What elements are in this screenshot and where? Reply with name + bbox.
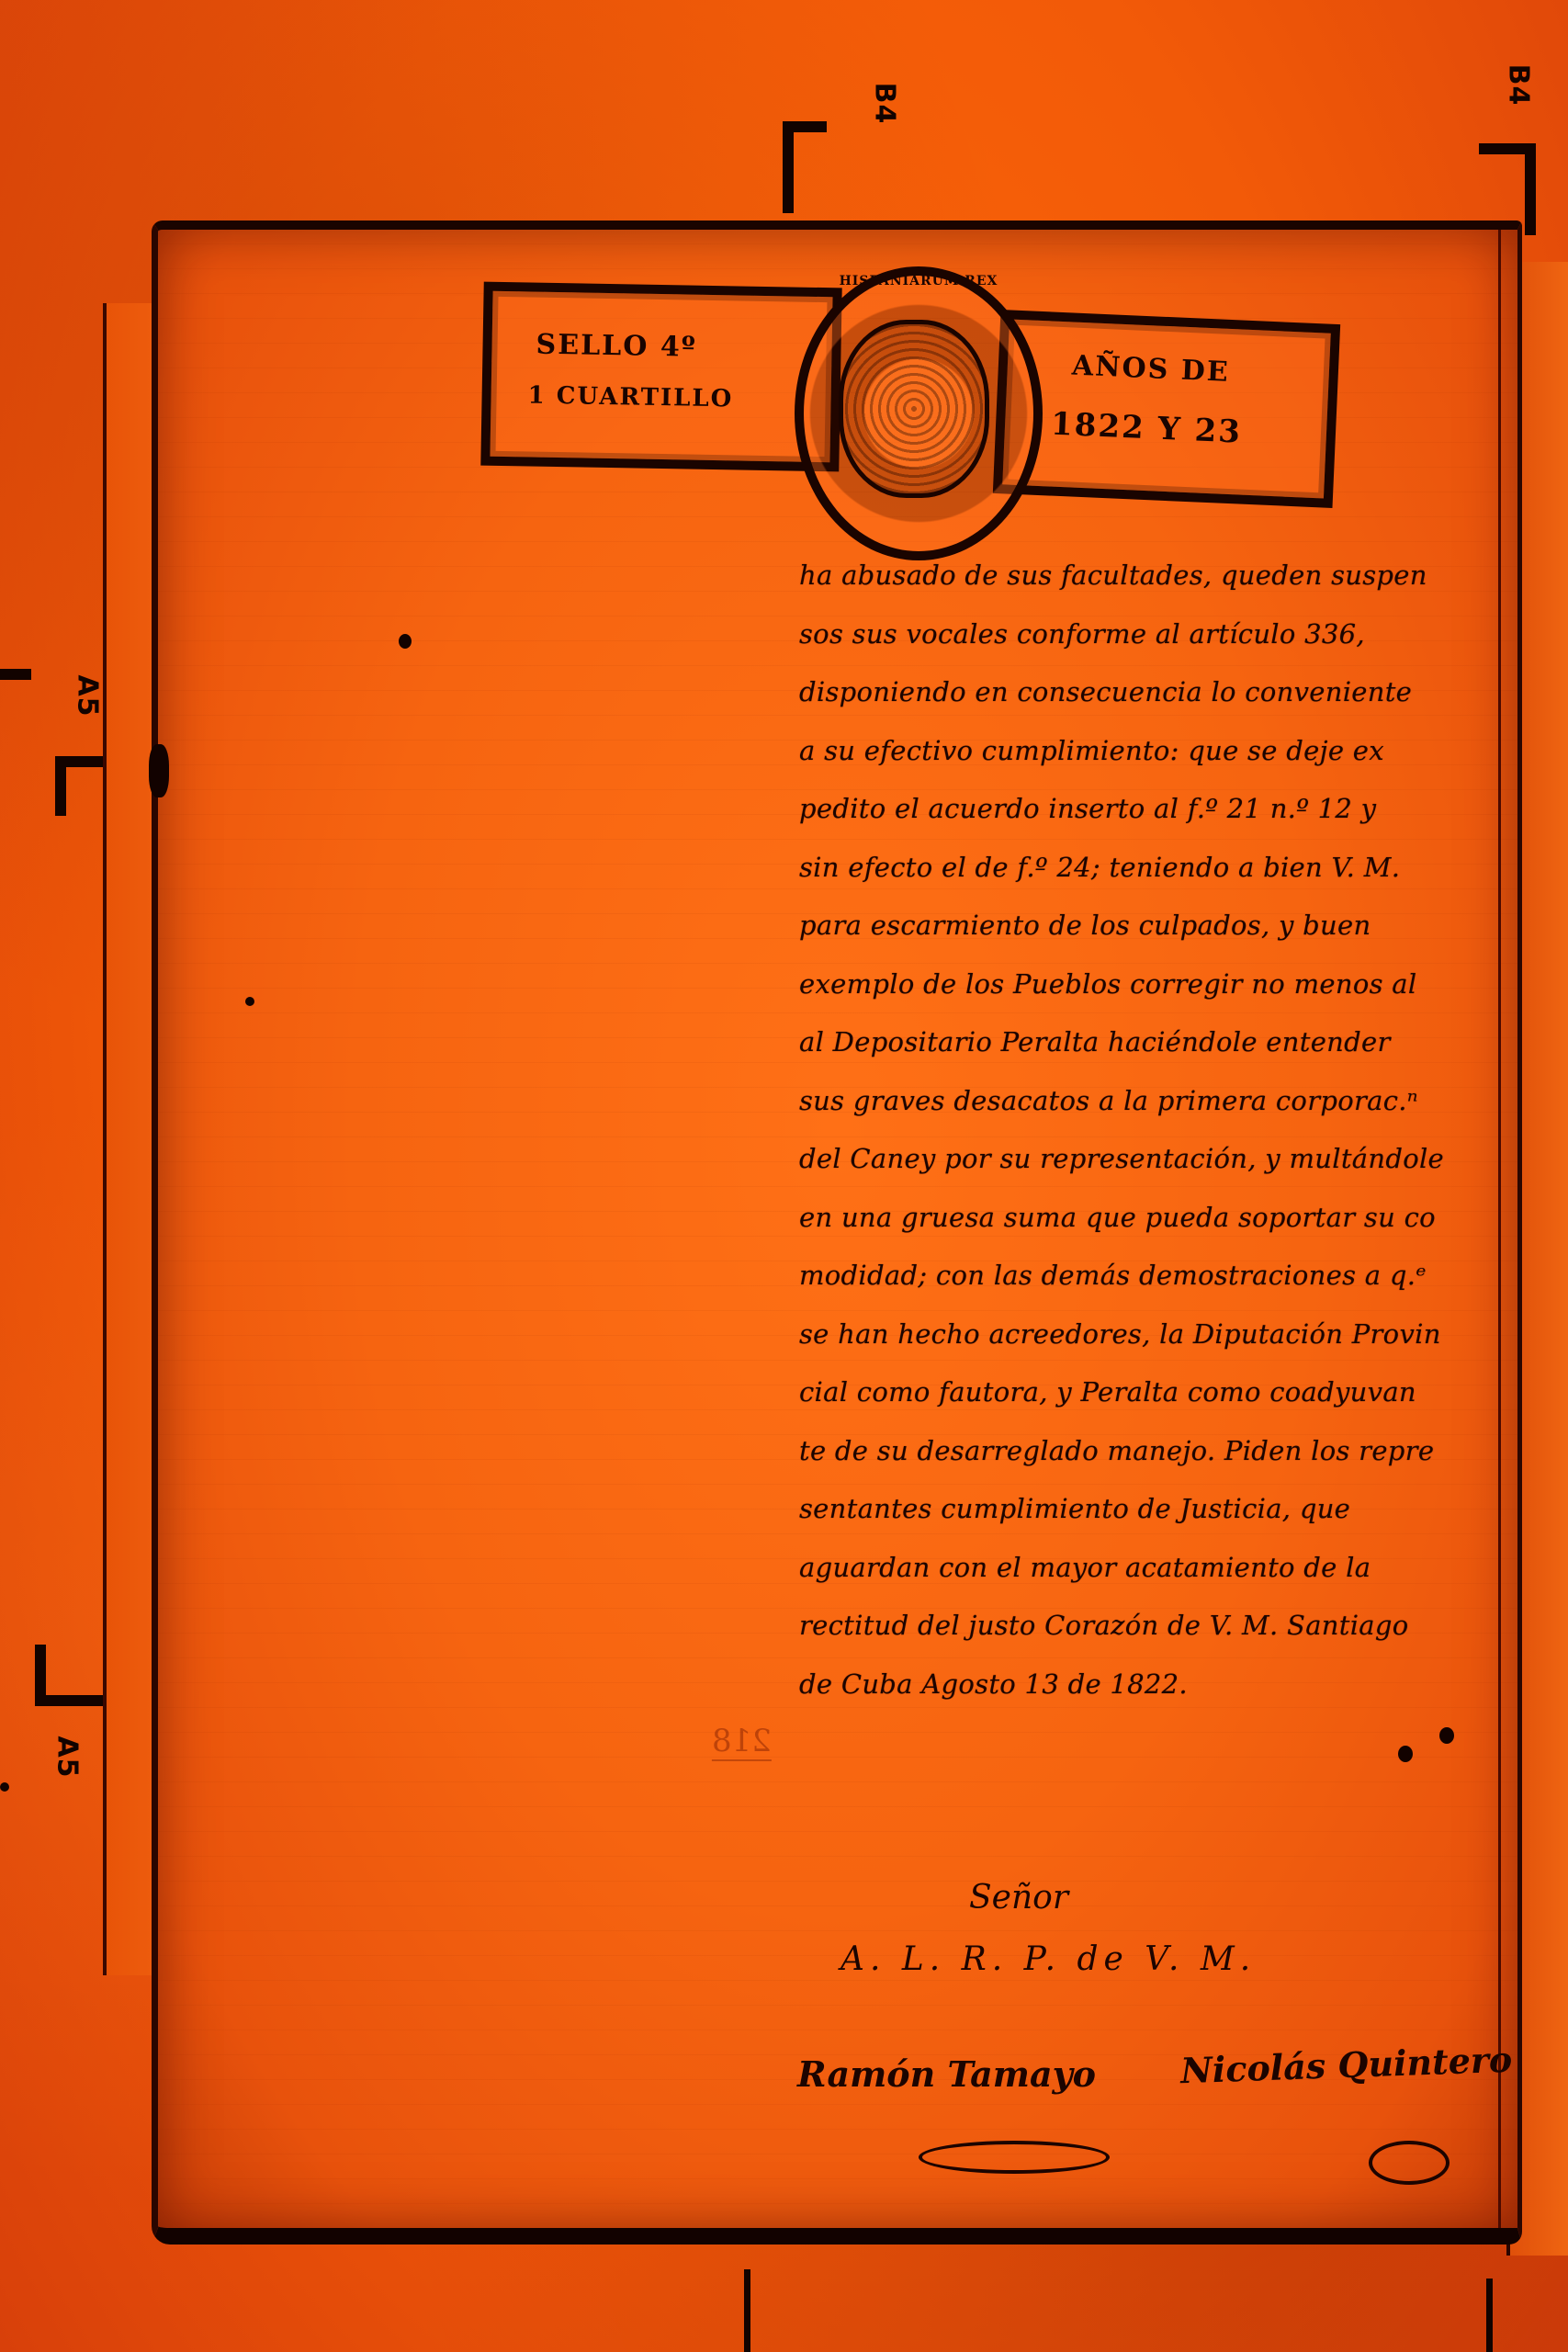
manuscript-body: ha abusado de sus facultades, queden sus… (799, 547, 1497, 1713)
manuscript-line: a su efectivo cumplimiento: que se deje … (799, 722, 1497, 781)
manuscript-line: se han hecho acreedores, la Diputación P… (799, 1306, 1497, 1364)
ink-spot (399, 634, 412, 649)
manuscript-line: en una gruesa suma que pueda soportar su… (799, 1189, 1497, 1248)
stamp-left-panel: SELLO 4º 1 CUARTILLO (480, 282, 841, 472)
stamped-paper-seal: SELLO 4º 1 CUARTILLO AÑOS DE 1822 Y 23 H… (482, 276, 1346, 496)
signature-ramon-tamayo: Ramón Tamayo (797, 2053, 1096, 2095)
ink-spot (245, 997, 254, 1006)
stamp-years-text: 1822 Y 23 (1050, 406, 1242, 451)
coat-of-arms-icon (839, 320, 989, 498)
crop-label-b4-left: B4 (868, 83, 900, 125)
manuscript-line: sos sus vocales conforme al artículo 336… (799, 605, 1497, 664)
seal-legend: HISPANIARUM REX (804, 274, 1033, 288)
ink-spot (1439, 1727, 1454, 1744)
manuscript-line: cial como fautora, y Peralta como coadyu… (799, 1363, 1497, 1422)
manuscript-line: sus graves desacatos a la primera corpor… (799, 1072, 1497, 1131)
ink-spot (1398, 1746, 1413, 1762)
crop-label-b4-right: B4 (1502, 64, 1534, 107)
ink-blot (149, 744, 169, 797)
manuscript-line: sin efecto el de f.º 24; teniendo a bien… (799, 839, 1497, 898)
manuscript-line: sentantes cumplimiento de Justicia, que (799, 1480, 1497, 1539)
manuscript-line: modidad; con las demás demostraciones a … (799, 1247, 1497, 1306)
manuscript-line: te de su desarreglado manejo. Piden los … (799, 1422, 1497, 1481)
page-fold-line (1498, 230, 1501, 2228)
manuscript-line: de Cuba Agosto 13 de 1822. (799, 1656, 1497, 1714)
manuscript-line: ha abusado de sus facultades, queden sus… (799, 547, 1497, 605)
manuscript-line: aguardan con el mayor acatamiento de la (799, 1539, 1497, 1598)
manuscript-line: al Depositario Peralta haciéndole entend… (799, 1013, 1497, 1072)
stamp-anos-text: AÑOS DE (1071, 349, 1230, 388)
manuscript-line: disponiendo en consecuencia lo convenien… (799, 663, 1497, 722)
closing-formula: A. L. R. P. de V. M. (840, 1940, 1256, 1978)
stamp-right-panel: AÑOS DE 1822 Y 23 (993, 310, 1340, 508)
signature-flourish (1369, 2141, 1450, 2185)
salutation: Señor (969, 1879, 1068, 1917)
signature-flourish (919, 2141, 1110, 2174)
bleed-through-folio-number: 218 (712, 1723, 772, 1761)
crop-label-a5-lower: A5 (51, 1736, 84, 1778)
manuscript-line: exemplo de los Pueblos corregir no menos… (799, 955, 1497, 1014)
manuscript-line: rectitud del justo Corazón de V. M. Sant… (799, 1597, 1497, 1656)
crop-label-a5-upper: A5 (72, 674, 104, 717)
stamp-sello-text: SELLO 4º (536, 329, 697, 364)
manuscript-line: del Caney por su representación, y multá… (799, 1130, 1497, 1189)
manuscript-line: para escarmiento de los culpados, y buen (799, 897, 1497, 955)
royal-seal-icon: HISPANIARUM REX (795, 266, 1043, 560)
manuscript-line: pedito el acuerdo inserto al f.º 21 n.º … (799, 780, 1497, 839)
stamp-cuartillo-text: 1 CUARTILLO (527, 381, 733, 413)
